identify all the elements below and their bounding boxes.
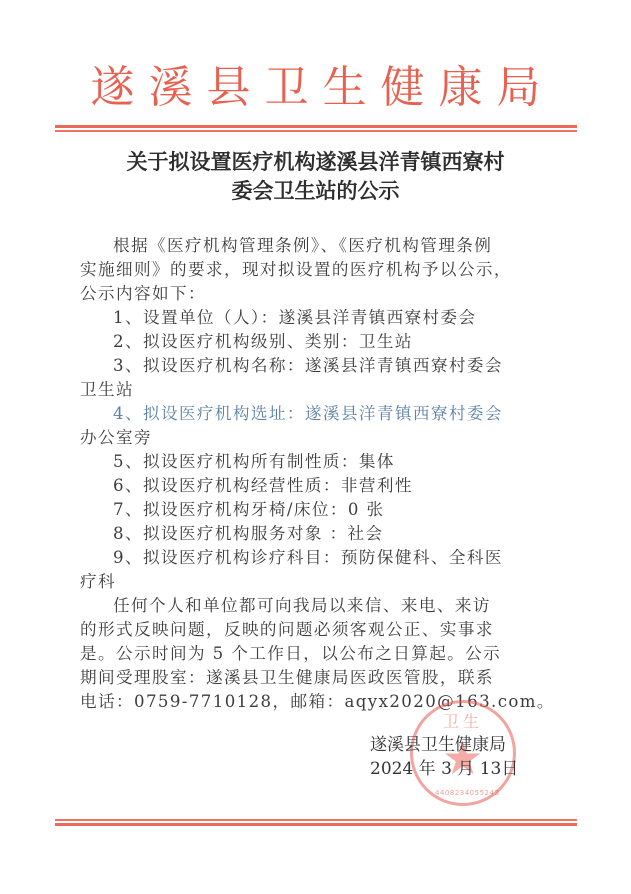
- issuer-name: 遂溪县卫生健康局: [370, 733, 518, 757]
- letterhead-title: 遂溪县卫生健康局: [0, 62, 631, 114]
- list-item-departments: 9、拟设医疗机构诊疗科目：预防保健科、全科医: [80, 546, 550, 570]
- rule-thin-line: [55, 130, 577, 132]
- issue-date: 2024 年 3 月 13日: [370, 757, 518, 781]
- rule-thick-line: [55, 823, 577, 826]
- list-item-setup-unit: 1、设置单位（人）：遂溪县洋青镇西寮村委会: [80, 306, 550, 330]
- body-line: 实施细则》的要求，现对拟设置的医疗机构予以公示，: [80, 258, 550, 282]
- body-line: 任何个人和单位都可向我局以来信、来电、来访: [80, 594, 550, 618]
- list-item-ownership: 5、拟设医疗机构所有制性质：集体: [80, 450, 550, 474]
- list-item-service-target: 8、拟设医疗机构服务对象 ：社会: [80, 522, 550, 546]
- document-title: 关于拟设置医疗机构遂溪县洋青镇西寮村 委会卫生站的公示: [0, 148, 631, 206]
- rule-thick-line: [55, 125, 577, 128]
- body-line: 公示内容如下：: [80, 282, 550, 306]
- list-item-name: 3、拟设医疗机构名称：遂溪县洋青镇西寮村委会: [80, 354, 550, 378]
- seal-number: 4408234055243: [435, 789, 499, 797]
- letterhead-divider-top: [55, 125, 577, 132]
- document-body: 根据《医疗机构管理条例》、《医疗机构管理条例 实施细则》的要求，现对拟设置的医疗…: [80, 234, 550, 714]
- rule-thin-line: [55, 819, 577, 821]
- list-item-level-category: 2、拟设医疗机构级别、类别：卫生站: [80, 330, 550, 354]
- body-line: 的形式反映问题，反映的问题必须客观公正、实事求: [80, 618, 550, 642]
- body-line: 期间受理股室：遂溪县卫生健康局医政医管股，联系: [80, 666, 550, 690]
- document-title-line-1: 关于拟设置医疗机构遂溪县洋青镇西寮村: [0, 148, 631, 177]
- list-item-location-cont: 办公室旁: [80, 426, 550, 450]
- body-line: 根据《医疗机构管理条例》、《医疗机构管理条例: [80, 234, 550, 258]
- document-title-line-2: 委会卫生站的公示: [0, 177, 631, 206]
- list-item-location: 4、拟设医疗机构选址：遂溪县洋青镇西寮村委会: [80, 402, 550, 426]
- list-item-operation: 6、拟设医疗机构经营性质：非营利性: [80, 474, 550, 498]
- footer-divider: [55, 819, 577, 826]
- body-line: 是。公示时间为 5 个工作日，以公布之日算起。公示: [80, 642, 550, 666]
- signature-block: 遂溪县卫生健康局 2024 年 3 月 13日: [370, 733, 518, 781]
- list-item-departments-cont: 疗科: [80, 570, 550, 594]
- list-item-beds: 7、拟设医疗机构牙椅/床位：0 张: [80, 498, 550, 522]
- seal-ring-text: 卫生: [413, 709, 513, 732]
- list-item-name-cont: 卫生站: [80, 378, 550, 402]
